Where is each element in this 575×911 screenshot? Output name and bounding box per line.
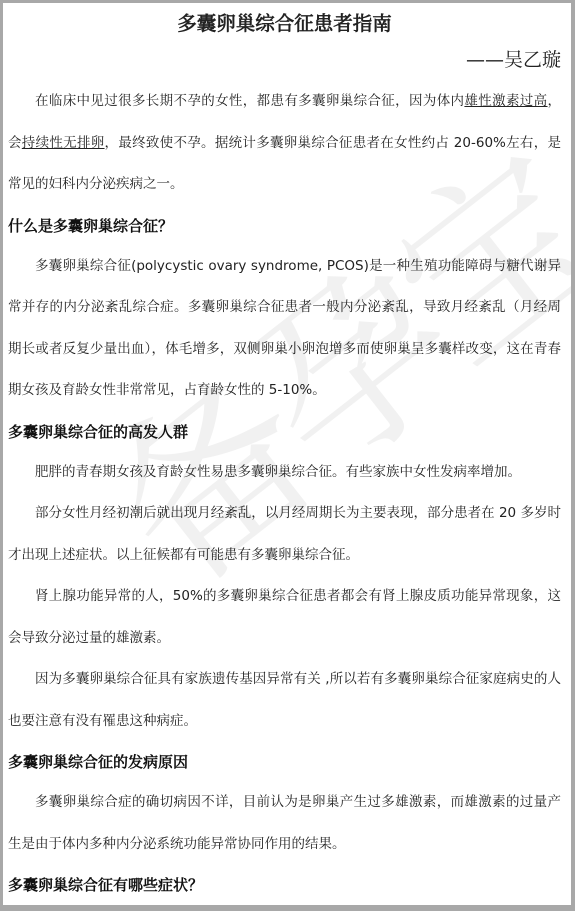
document-author: ——吴乙璇 xyxy=(8,47,561,73)
section-paragraph: 因为多囊卵巢综合征具有家族遗传基因异常有关 ,所以若有多囊卵巢综合征家庭病史的人… xyxy=(8,659,561,742)
document-page: 备孕宝 多囊卵巢综合征患者指南 ——吴乙璇 在临床中见过很多长期不孕的女性，都患… xyxy=(3,3,571,905)
section-heading-high-risk: 多囊卵巢综合征的高发人群 xyxy=(8,412,561,452)
underlined-term-anovulation: 持续性无排卵 xyxy=(22,135,105,151)
document-content: 多囊卵巢综合征患者指南 ——吴乙璇 在临床中见过很多长期不孕的女性，都患有多囊卵… xyxy=(3,3,571,905)
section-paragraph: 部分女性月经初潮后就出现月经紊乱，以月经周期长为主要表现，部分患者在 20 多岁… xyxy=(8,493,561,576)
section-heading-what-is: 什么是多囊卵巢综合征？ xyxy=(8,206,561,246)
document-title: 多囊卵巢综合征患者指南 xyxy=(8,3,561,37)
underlined-term-androgen: 雄性激素过高 xyxy=(464,93,547,109)
section-paragraph: 肥胖的青春期女孩及育龄女性易患多囊卵巢综合征。有些家族中女性发病率增加。 xyxy=(8,452,561,494)
section-heading-causes: 多囊卵巢综合征的发病原因 xyxy=(8,742,561,782)
intro-paragraph: 在临床中见过很多长期不孕的女性，都患有多囊卵巢综合征，因为体内雄性激素过高，会持… xyxy=(8,81,561,206)
intro-text-1: 在临床中见过很多长期不孕的女性，都患有多囊卵巢综合征，因为体内 xyxy=(35,93,464,109)
section-paragraph: 多囊卵巢综合征(polycystic ovary syndrome, PCOS)… xyxy=(8,246,561,412)
section-paragraph: 肾上腺功能异常的人，50%的多囊卵巢综合征患者都会有肾上腺皮质功能异常现象，这会… xyxy=(8,576,561,659)
section-paragraph: 多囊卵巢综合症的确切病因不详，目前认为是卵巢产生过多雄激素，而雄激素的过量产生是… xyxy=(8,782,561,865)
section-heading-symptoms: 多囊卵巢综合征有哪些症状？ xyxy=(8,865,561,905)
